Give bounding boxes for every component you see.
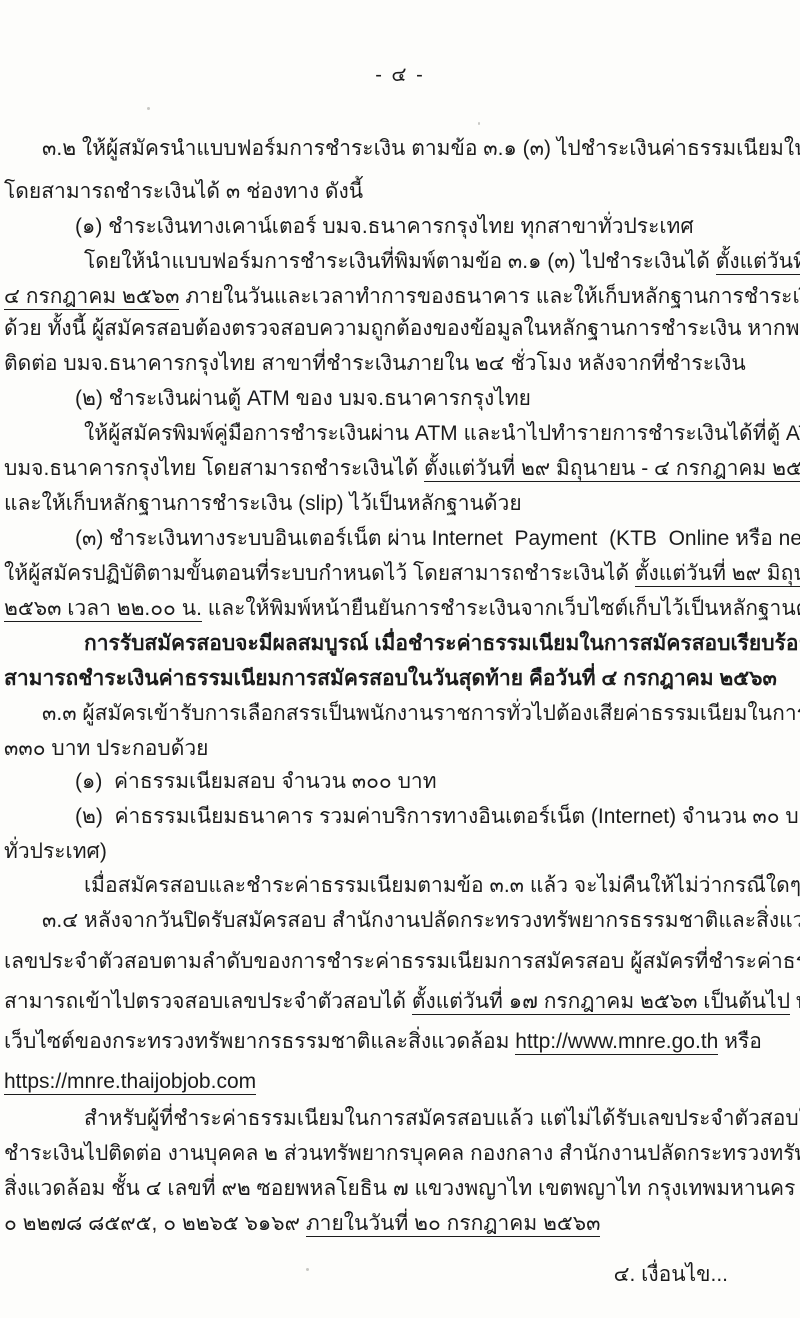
document-line: สามารถเข้าไปตรวจสอบเลขประจำตัวสอบได้ ตั้… [4, 988, 800, 1016]
underlined-text: ตั้งแต่วันที่ ๒๙ มิถุนายน - ๔ กรกฎาคม ๒๕… [424, 457, 800, 482]
text-segment: เลขประจำตัวสอบตามลำดับของการชำระค่าธรรมเ… [4, 950, 800, 973]
underlined-text: https://mnre.thaijobjob.com [4, 1070, 256, 1095]
document-line: ให้ผู้สมัครปฏิบัติตามขั้นตอนที่ระบบกำหนด… [4, 560, 800, 588]
text-segment: ภายในวันและเวลาทำการของธนาคาร และให้เก็บ… [179, 285, 800, 308]
document-line: โดยให้นำแบบฟอร์มการชำระเงินที่พิมพ์ตามข้… [84, 248, 800, 276]
scan-speck [210, 196, 212, 198]
text-segment: และให้เก็บหลักฐานการชำระเงิน (slip) ไว้เ… [4, 492, 522, 515]
document-line: การรับสมัครสอบจะมีผลสมบูรณ์ เมื่อชำระค่า… [84, 630, 800, 658]
text-segment: ให้ผู้สมัครพิมพ์คู่มือการชำระเงินผ่าน AT… [84, 422, 800, 445]
underlined-text: ตั้งแต่วันที่ ๑๗ กรกฎาคม ๒๕๖๓ เป็นต้นไป [412, 990, 790, 1015]
text-segment: โดยสามารถชำระเงินได้ ๓ ช่องทาง ดังนี้ [4, 180, 363, 203]
page-number: - ๔ - [0, 58, 800, 90]
scan-speck [306, 1268, 309, 1271]
document-line: ๓.๔ หลังจากวันปิดรับสมัครสอบ สำนักงานปลั… [42, 907, 800, 935]
text-segment: ๓๓๐ บาท ประกอบด้วย [4, 737, 208, 760]
underlined-text: ตั้งแต่วันที่ ๒๙ มิถุนายน - [716, 250, 800, 275]
text-segment: ๓.๒ ให้ผู้สมัครนำแบบฟอร์มการชำระเงิน ตาม… [42, 137, 800, 160]
text-segment: ๓.๓ ผู้สมัครเข้ารับการเลือกสรรเป็นพนักงา… [42, 702, 800, 725]
underlined-text: ๒๕๖๓ เวลา ๒๒.๐๐ น. [4, 597, 202, 622]
text-segment: ๐ ๒๒๗๘ ๘๕๙๕, ๐ ๒๒๖๕ ๖๑๖๙ [4, 1212, 306, 1235]
text-segment: เว็บไซต์ของกระทรวงทรัพยากรธรรมชาติและสิ่… [4, 1030, 515, 1053]
document-line: ทั่วประเทศ) [4, 838, 107, 866]
text-segment: (๒) ค่าธรรมเนียมธนาคาร รวมค่าบริการทางอิ… [75, 805, 800, 828]
text-segment: สามารถชำระเงินค่าธรรมเนียมการสมัครสอบในว… [4, 667, 777, 690]
document-line: (๒) ค่าธรรมเนียมธนาคาร รวมค่าบริการทางอิ… [75, 803, 800, 831]
underlined-text: ๔ กรกฎาคม ๒๕๖๓ [4, 285, 179, 310]
document-line: สิ่งแวดล้อม ชั้น ๔ เลขที่ ๙๒ ซอยพหลโยธิน… [4, 1175, 800, 1203]
text-segment: ให้ผู้สมัครปฏิบัติตามขั้นตอนที่ระบบกำหนด… [4, 562, 635, 585]
text-segment: ชำระเงินไปติดต่อ งานบุคคล ๒ ส่วนทรัพยากร… [4, 1142, 800, 1165]
document-line: เว็บไซต์ของกระทรวงทรัพยากรธรรมชาติและสิ่… [4, 1028, 762, 1056]
text-segment: บมจ.ธนาคารกรุงไทย โดยสามารถชำระเงินได้ [4, 457, 424, 480]
document-line: ๓๓๐ บาท ประกอบด้วย [4, 735, 208, 763]
scan-speck [147, 107, 150, 110]
document-line: ๒๕๖๓ เวลา ๒๒.๐๐ น. และให้พิมพ์หน้ายืนยัน… [4, 595, 800, 623]
document-line: (๒) ชำระเงินผ่านตู้ ATM ของ บมจ.ธนาคารกร… [75, 385, 531, 413]
text-segment: สำหรับผู้ที่ชำระค่าธรรมเนียมในการสมัครสอ… [84, 1107, 800, 1130]
text-segment: (๒) ชำระเงินผ่านตู้ ATM ของ บมจ.ธนาคารกร… [75, 387, 531, 410]
underlined-text: http://www.mnre.go.th [515, 1030, 718, 1055]
document-line: เลขประจำตัวสอบตามลำดับของการชำระค่าธรรมเ… [4, 948, 800, 976]
document-line: ๓.๒ ให้ผู้สมัครนำแบบฟอร์มการชำระเงิน ตาม… [42, 135, 800, 163]
text-segment: การรับสมัครสอบจะมีผลสมบูรณ์ เมื่อชำระค่า… [84, 632, 800, 655]
text-segment: สามารถเข้าไปตรวจสอบเลขประจำตัวสอบได้ [4, 990, 412, 1013]
continuation-note: ๔. เงื่อนไข... [614, 1258, 728, 1291]
document-line: https://mnre.thaijobjob.com [4, 1068, 256, 1096]
document-line: (๑) ค่าธรรมเนียมสอบ จำนวน ๓๐๐ บาท [75, 768, 437, 796]
document-line: ๐ ๒๒๗๘ ๘๕๙๕, ๐ ๒๒๖๕ ๖๑๖๙ ภายในวันที่ ๒๐ … [4, 1210, 600, 1238]
document-page: - ๔ - ๓.๒ ให้ผู้สมัครนำแบบฟอร์มการชำระเง… [0, 0, 800, 1318]
text-segment: โดยให้นำแบบฟอร์มการชำระเงินที่พิมพ์ตามข้… [84, 250, 716, 273]
document-line: ๔ กรกฎาคม ๒๕๖๓ ภายในวันและเวลาทำการของธน… [4, 283, 800, 311]
document-line: ติดต่อ บมจ.ธนาคารกรุงไทย สาขาที่ชำระเงิน… [4, 350, 746, 378]
document-line: ให้ผู้สมัครพิมพ์คู่มือการชำระเงินผ่าน AT… [84, 420, 800, 448]
document-line: สามารถชำระเงินค่าธรรมเนียมการสมัครสอบในว… [4, 665, 777, 693]
text-segment: (๓) ชำระเงินทางระบบอินเตอร์เน็ต ผ่าน Int… [75, 527, 800, 550]
text-segment: ทั่วประเทศ) [4, 840, 107, 863]
scan-speck [478, 122, 480, 125]
document-line: ๓.๓ ผู้สมัครเข้ารับการเลือกสรรเป็นพนักงา… [42, 700, 800, 728]
document-line: ด้วย ทั้งนี้ ผู้สมัครสอบต้องตรวจสอบความถ… [4, 315, 800, 343]
document-line: บมจ.ธนาคารกรุงไทย โดยสามารถชำระเงินได้ ต… [4, 455, 800, 483]
text-segment: ติดต่อ บมจ.ธนาคารกรุงไทย สาขาที่ชำระเงิน… [4, 352, 746, 375]
document-line: และให้เก็บหลักฐานการชำระเงิน (slip) ไว้เ… [4, 490, 522, 518]
document-line: เมื่อสมัครสอบและชำระค่าธรรมเนียมตามข้อ ๓… [84, 872, 800, 900]
text-segment: และให้พิมพ์หน้ายืนยันการชำระเงินจากเว็บไ… [202, 597, 800, 620]
underlined-text: ตั้งแต่วันที่ ๒๙ มิถุนายน - ๔ กรกฎาคม [635, 562, 800, 587]
text-segment: ด้วย ทั้งนี้ ผู้สมัครสอบต้องตรวจสอบความถ… [4, 317, 800, 340]
document-line: โดยสามารถชำระเงินได้ ๓ ช่องทาง ดังนี้ [4, 178, 363, 206]
text-segment: หรือ [718, 1030, 762, 1053]
document-line: ชำระเงินไปติดต่อ งานบุคคล ๒ ส่วนทรัพยากร… [4, 1140, 800, 1168]
text-segment: ๓.๔ หลังจากวันปิดรับสมัครสอบ สำนักงานปลั… [42, 909, 800, 932]
text-segment: (๑) ค่าธรรมเนียมสอบ จำนวน ๓๐๐ บาท [75, 770, 437, 793]
document-line: สำหรับผู้ที่ชำระค่าธรรมเนียมในการสมัครสอ… [84, 1105, 800, 1133]
text-segment: เมื่อสมัครสอบและชำระค่าธรรมเนียมตามข้อ ๓… [84, 874, 800, 897]
text-segment: สิ่งแวดล้อม ชั้น ๔ เลขที่ ๙๒ ซอยพหลโยธิน… [4, 1177, 800, 1200]
text-segment: ทาง [790, 990, 800, 1013]
document-line: (๑) ชำระเงินทางเคาน์เตอร์ บมจ.ธนาคารกรุง… [75, 213, 694, 241]
document-line: (๓) ชำระเงินทางระบบอินเตอร์เน็ต ผ่าน Int… [75, 525, 800, 553]
text-segment: (๑) ชำระเงินทางเคาน์เตอร์ บมจ.ธนาคารกรุง… [75, 215, 694, 238]
underlined-text: ภายในวันที่ ๒๐ กรกฎาคม ๒๕๖๓ [306, 1212, 601, 1237]
